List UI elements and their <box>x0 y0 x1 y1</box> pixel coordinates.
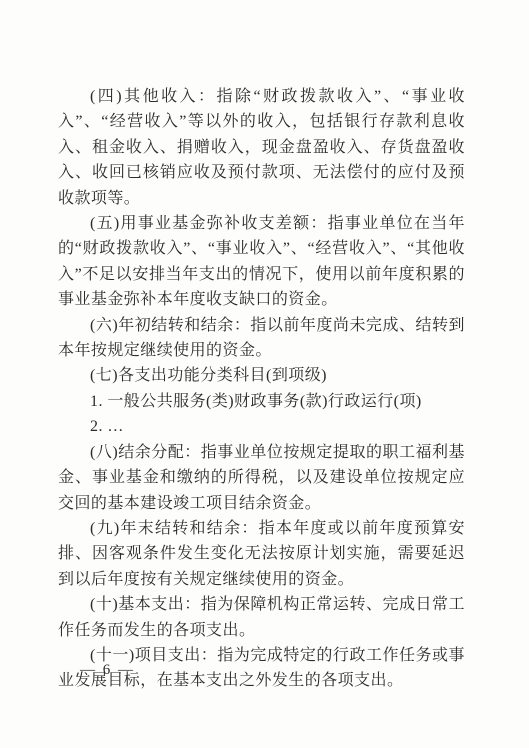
paragraph-year-begin-carryover: (六)年初结转和结余：指以前年度尚未完成、结转到本年按规定继续使用的资金。 <box>58 313 465 364</box>
document-body: (四)其他收入：指除“财政拨款收入”、“事业收入”、“经营收入”等以外的收入，包… <box>58 84 465 694</box>
paragraph-basic-expenditure: (十)基本支出：指为保障机构正常运转、完成日常工作任务而发生的各项支出。 <box>58 592 465 643</box>
paragraph-year-end-carryover: (九)年末结转和结余：指本年度或以前年度预算安排、因客观条件发生变化无法按原计划… <box>58 516 465 592</box>
paragraph-expense-categories: (七)各支出功能分类科目(到项级) <box>58 363 465 388</box>
document-page: (四)其他收入：指除“财政拨款收入”、“事业收入”、“经营收入”等以外的收入，包… <box>0 0 529 748</box>
paragraph-category-item-1: 1. 一般公共服务(类)财政事务(款)行政运行(项) <box>58 389 465 414</box>
paragraph-category-item-2: 2. … <box>58 414 465 439</box>
paragraph-other-income: (四)其他收入：指除“财政拨款收入”、“事业收入”、“经营收入”等以外的收入，包… <box>58 84 465 211</box>
paragraph-fund-offset: (五)用事业基金弥补收支差额：指事业单位在当年的“财政拨款收入”、“事业收入”、… <box>58 211 465 313</box>
page-number: — 6 — <box>80 662 135 679</box>
paragraph-surplus-distribution: (八)结余分配：指事业单位按规定提取的职工福利基金、事业基金和缴纳的所得税，以及… <box>58 440 465 516</box>
